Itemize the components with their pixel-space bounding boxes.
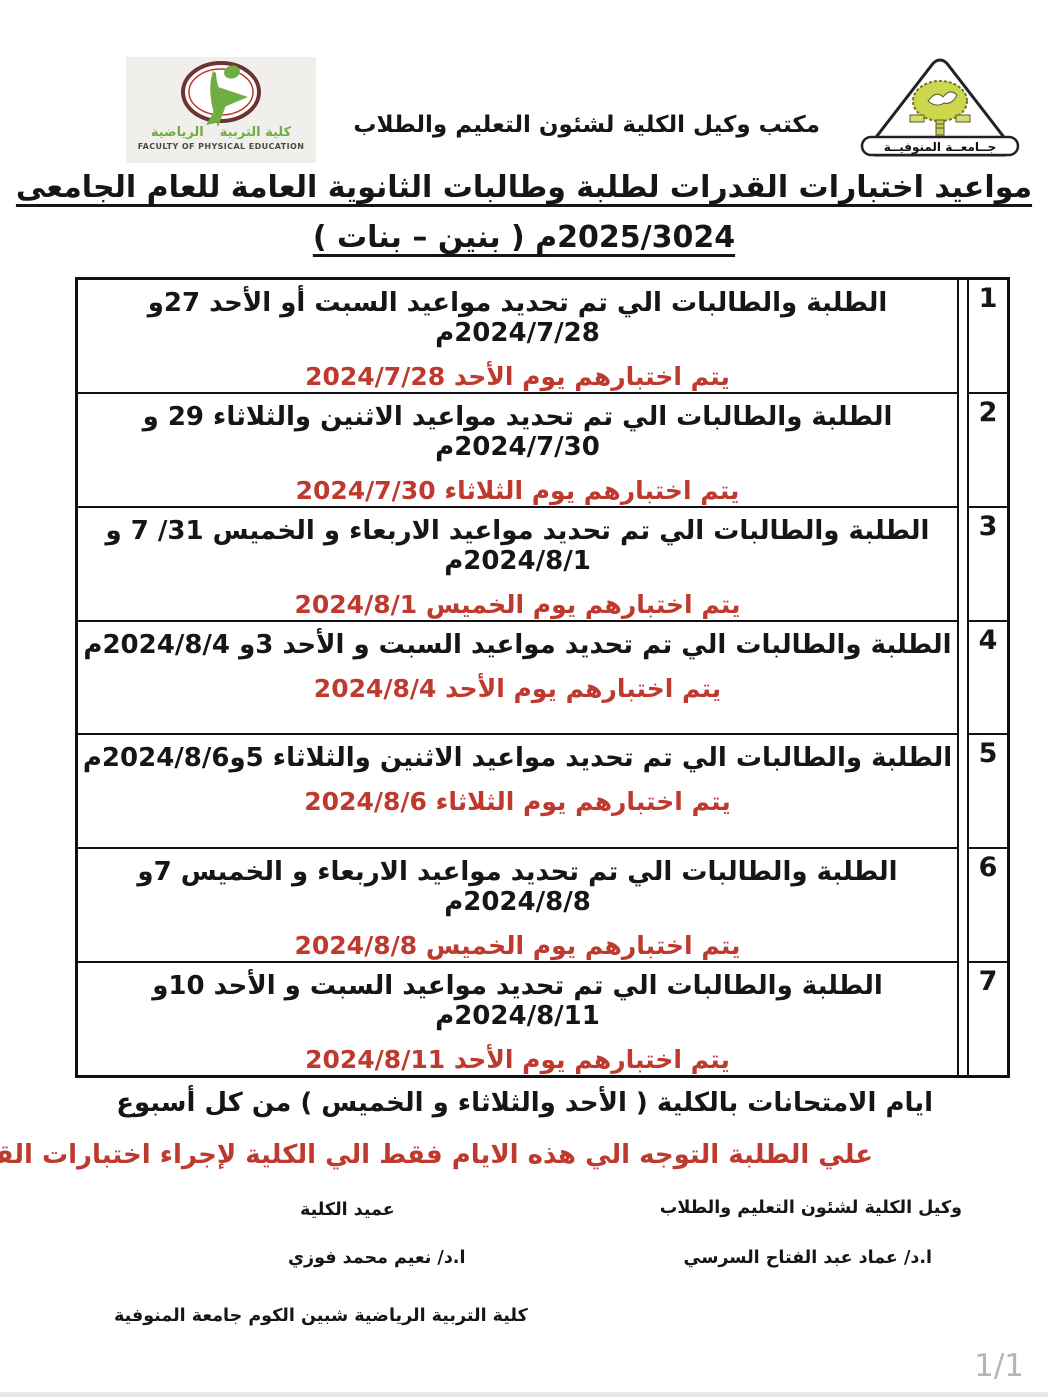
row-schedule-text: الطلبة والطالبات الي تم تحديد مواعيد الا…	[78, 743, 957, 773]
row-number: 6	[969, 849, 1007, 963]
schedule-table-number-column: 1234567	[967, 280, 1007, 1075]
row-exam-day-text: يتم اختبارهم يوم الثلاثاء 2024/8/6	[78, 787, 957, 816]
row-number: 3	[969, 508, 1007, 622]
row-schedule-text: الطلبة والطالبات الي تم تحديد مواعيد الا…	[78, 516, 957, 576]
row-exam-day-text: يتم اختبارهم يوم الأحد 2024/8/4	[78, 674, 957, 703]
row-schedule-text: الطلبة والطالبات الي تم تحديد مواعيد الا…	[78, 857, 957, 917]
row-number: 5	[969, 735, 1007, 849]
row-schedule-text: الطلبة والطالبات الي تم تحديد مواعيد الس…	[78, 971, 957, 1031]
table-row: الطلبة والطالبات الي تم تحديد مواعيد الس…	[78, 622, 957, 736]
schedule-table: الطلبة والطالبات الي تم تحديد مواعيد الس…	[75, 277, 1010, 1078]
faculty-name-part2: الرياضية	[151, 125, 204, 140]
row-exam-day-text: يتم اختبارهم يوم الأحد 2024/7/28	[78, 362, 957, 391]
instruction-note: علي الطلبة التوجه الي هذه الايام فقط الي…	[0, 1140, 873, 1170]
row-number: 1	[969, 280, 1007, 394]
row-schedule-text: الطلبة والطالبات الي تم تحديد مواعيد الس…	[78, 630, 957, 660]
faculty-logo: كلية التربية الرياضية FACULTY OF PHYSICA…	[126, 57, 316, 163]
row-exam-day-text: يتم اختبارهم يوم الأحد 2024/8/11	[78, 1045, 957, 1074]
university-logo: جــامعــة المنوفيــة	[858, 53, 1022, 171]
vice-dean-name: ا.د/ عماد عبد الفتاح السرسي	[683, 1248, 932, 1268]
table-row: الطلبة والطالبات الي تم تحديد مواعيد الس…	[78, 963, 957, 1075]
row-exam-day-text: يتم اختبارهم يوم الخميس 2024/8/8	[78, 931, 957, 960]
row-schedule-text: الطلبة والطالبات الي تم تحديد مواعيد الا…	[78, 402, 957, 462]
table-row: الطلبة والطالبات الي تم تحديد مواعيد الا…	[78, 508, 957, 622]
table-row: الطلبة والطالبات الي تم تحديد مواعيد الا…	[78, 849, 957, 963]
dean-name: ا.د/ نعيم محمد فوزي	[288, 1248, 465, 1268]
university-emblem-icon: جــامعــة المنوفيــة	[858, 53, 1022, 171]
document-title-line1: مواعيد اختبارات القدرات لطلبة وطالبات ال…	[0, 170, 1048, 205]
faculty-name-english: FACULTY OF PHYSICAL EDUCATION	[138, 142, 305, 151]
page-bottom-edge	[0, 1392, 1048, 1397]
row-exam-day-text: يتم اختبارهم يوم الخميس 2024/8/1	[78, 590, 957, 619]
faculty-name-part1: كلية التربية	[220, 125, 291, 140]
dean-title: عميد الكلية	[300, 1200, 395, 1220]
university-name-arabic: جــامعــة المنوفيــة	[884, 140, 997, 155]
table-row: الطلبة والطالبات الي تم تحديد مواعيد الا…	[78, 735, 957, 849]
row-number: 7	[969, 963, 1007, 1075]
office-line: مكتب وكيل الكلية لشئون التعليم والطلاب	[400, 112, 820, 138]
column-divider	[959, 280, 967, 1075]
faculty-emblem-icon	[166, 59, 276, 131]
row-schedule-text: الطلبة والطالبات الي تم تحديد مواعيد الس…	[78, 288, 957, 348]
row-number: 2	[969, 394, 1007, 508]
document-title-line2: 2025/3024م ( بنين – بنات )	[0, 220, 1048, 255]
row-number: 4	[969, 622, 1007, 736]
row-exam-day-text: يتم اختبارهم يوم الثلاثاء 2024/7/30	[78, 476, 957, 505]
page-number: 1/1	[974, 1348, 1024, 1384]
table-row: الطلبة والطالبات الي تم تحديد مواعيد الا…	[78, 394, 957, 508]
vice-dean-title: وكيل الكلية لشئون التعليم والطلاب	[660, 1198, 962, 1218]
schedule-table-content-column: الطلبة والطالبات الي تم تحديد مواعيد الس…	[78, 280, 959, 1075]
table-row: الطلبة والطالبات الي تم تحديد مواعيد الس…	[78, 280, 957, 394]
faculty-name-arabic: كلية التربية الرياضية	[151, 125, 291, 140]
faculty-address-line: كلية التربية الرياضية شبين الكوم جامعة ا…	[114, 1306, 528, 1326]
announcement-document: كلية التربية الرياضية FACULTY OF PHYSICA…	[0, 0, 1048, 1397]
exam-days-note: ايام الامتحانات بالكلية ( الأحد والثلاثا…	[116, 1088, 933, 1118]
